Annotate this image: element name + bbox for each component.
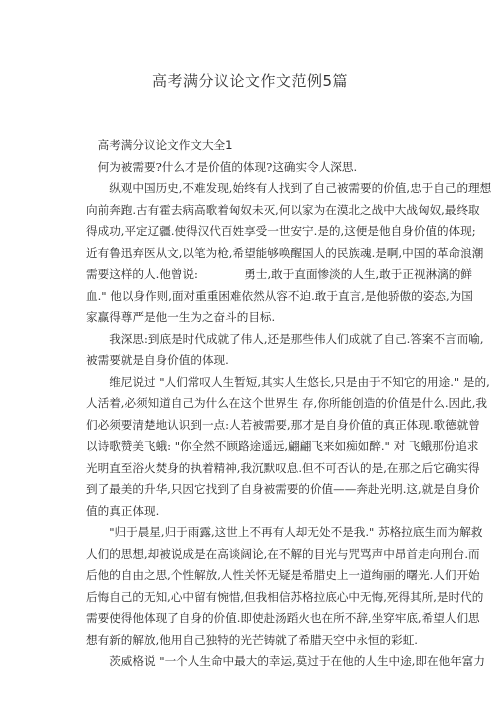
text-line: 到了最美的升华,只因它找到了自身被需要的价值——奔赴光明.这,就是自身价	[63, 479, 426, 501]
text-line: 家赢得尊严是他一生为之奋斗的目标.	[63, 307, 426, 329]
text-line: 需要这样的人.他曾说: 勇士,敢于直面惨淡的人生,敢于正视淋漓的鲜	[63, 264, 426, 286]
text-line: 后悔自己的无知,心中留有惋惜,但我相信苏格拉底心中无悔,死得其所,是时代的	[63, 587, 426, 609]
document-page: 高考满分议论文作文范例5篇 高考满分议论文作文大全1 何为被需要?什么才是价值的…	[0, 0, 500, 707]
paragraph-2: 纵观中国历史,不难发现,始终有人找到了自己被需要的价值,忠于自己的理想 向前奔跑…	[86, 178, 426, 329]
document-body: 高考满分议论文作文大全1 何为被需要?什么才是价值的体现?这确实令人深思. 纵观…	[86, 135, 426, 673]
text-line: 需要使得他体现了自身的价值.即使赴汤蹈火也在所不辞,坐穿牢底,希望人们思	[63, 608, 426, 630]
document-title: 高考满分议论文作文范例5篇	[0, 70, 500, 91]
text-line: 何为被需要?什么才是价值的体现?这确实令人深思.	[86, 157, 426, 179]
paragraph-4: 维尼说过 "人们常叹人生暂短,其实人生悠长,只是由于不知它的用途." 是的, 人…	[86, 372, 426, 523]
text-line: 想有新的解放,他用自己独特的光芒铸就了希腊天空中永恒的彩虹.	[63, 630, 426, 652]
text-line: 血." 他以身作则,面对重重困难依然从容不迫.敢于直言,是他骄傲的姿态,为国	[63, 286, 426, 308]
paragraph-1: 何为被需要?什么才是价值的体现?这确实令人深思.	[86, 157, 426, 179]
paragraph-5: "归于晨星,归于雨露,这世上不再有人却无处不是我." 苏格拉底生而为解救 人们的…	[86, 522, 426, 651]
text-line: 人活着,必须知道自己为什么在这个世界生 存,你所能创造的价值是什么.因此,我	[63, 393, 426, 415]
text-line: 我深思:到底是时代成就了伟人,还是那些伟人们成就了自己.答案不言而喻,	[86, 329, 426, 351]
text-line: "归于晨星,归于雨露,这世上不再有人却无处不是我." 苏格拉底生而为解救	[86, 522, 426, 544]
text-line: 值的真正体现.	[63, 501, 426, 523]
text-line: 得成功,平定辽疆.使得汉代百姓享受一世安宁.是的,这便是他自身价值的体现;	[63, 221, 426, 243]
text-line: 被需要就是自身价值的体现.	[63, 350, 426, 372]
text-line: 近有鲁迅弃医从文,以笔为枪,希望能够唤醒国人的民族魂.是啊,中国的革命浪潮	[63, 243, 426, 265]
text-line: 光明直至浴火焚身的执着精神,我沉默叹息.但不可否认的是,在那之后它确实得	[63, 458, 426, 480]
text-line: 茨威格说 "一个人生命中最大的幸运,莫过于在他的人生中途,即在他年富力	[86, 651, 426, 673]
paragraph-3: 我深思:到底是时代成就了伟人,还是那些伟人们成就了自己.答案不言而喻, 被需要就…	[86, 329, 426, 372]
text-line: 向前奔跑.古有霍去病高歌着匈奴未灭,何以家为在漠北之战中大战匈奴,最终取	[63, 200, 426, 222]
section-heading: 高考满分议论文作文大全1	[86, 135, 426, 157]
text-line: 后他的自由之思,个性解放,人性关怀无疑是希腊史上一道绚丽的曙光.人们开始	[63, 565, 426, 587]
text-line: 们必须要清楚地认识到一点:人若被需要,那才是自身价值的真正体现.歌德就曾	[63, 415, 426, 437]
text-line: 纵观中国历史,不难发现,始终有人找到了自己被需要的价值,忠于自己的理想	[86, 178, 426, 200]
text-line: 人们的思想,却被说成是在高谈阔论,在不解的目光与咒骂声中昂首走向刑台.而	[63, 544, 426, 566]
paragraph-6: 茨威格说 "一个人生命中最大的幸运,莫过于在他的人生中途,即在他年富力	[86, 651, 426, 673]
text-line: 以诗歌赞美飞蛾: "你全然不顾路途遥远,翩翩飞来如痴如醉." 对 飞蛾那份追求	[63, 436, 426, 458]
text-line: 维尼说过 "人们常叹人生暂短,其实人生悠长,只是由于不知它的用途." 是的,	[86, 372, 426, 394]
